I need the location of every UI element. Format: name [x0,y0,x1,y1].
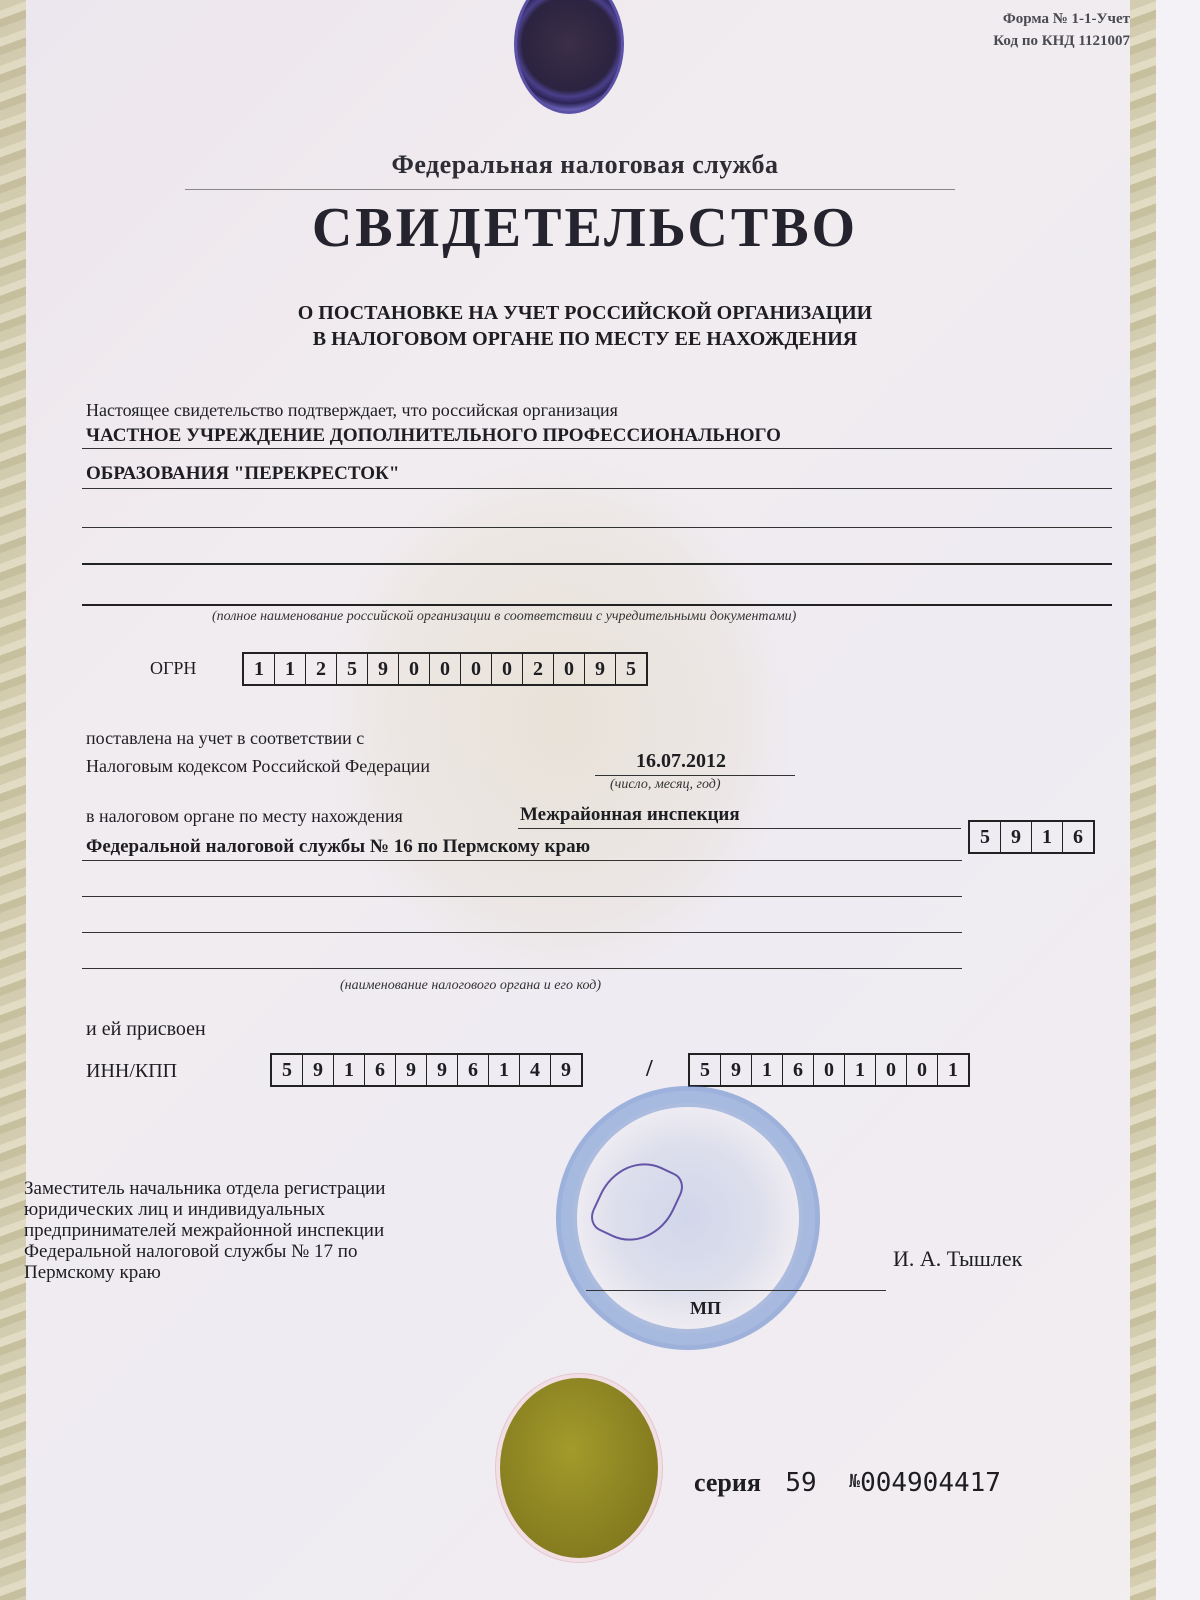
hologram-emblem-icon [514,0,624,114]
form-line [82,968,962,969]
form-line [82,896,962,897]
form-line [82,860,962,861]
tax-code-digit: 5 [970,822,1001,852]
kpp-digit: 1 [752,1055,783,1085]
form-line: Форма № 1-1-Учет [993,8,1130,30]
tax-authority-code-boxes: 5916 [968,820,1095,854]
kpp-digit: 0 [876,1055,907,1085]
agency-name: Федеральная налоговая служба [0,150,1170,180]
position-line: Федеральной налоговой службы № 17 по [24,1241,385,1262]
inn-kpp-separator: / [646,1056,653,1083]
coat-of-arms-watermark [330,460,790,980]
series-number: серия 59 №004904417 [694,1468,1001,1498]
ogrn-digit: 0 [399,654,430,684]
tax-code-digit: 9 [1001,822,1032,852]
inn-digit: 5 [272,1055,303,1085]
number-sign: № [849,1471,860,1492]
inn-kpp-label: ИНН/КПП [86,1060,177,1083]
position-line: юридических лиц и индивидуальных [24,1199,385,1220]
kpp-digit: 1 [845,1055,876,1085]
form-line [82,448,1112,449]
tax-code-digit: 6 [1063,822,1093,852]
organization-name-line1: ЧАСТНОЕ УЧРЕЖДЕНИЕ ДОПОЛНИТЕЛЬНОГО ПРОФЕ… [86,425,781,447]
ogrn-digit: 0 [554,654,585,684]
kpp-digit: 0 [907,1055,938,1085]
inn-digit: 4 [520,1055,551,1085]
ogrn-digit: 0 [492,654,523,684]
document-subtitle: О ПОСТАНОВКЕ НА УЧЕТ РОССИЙСКОЙ ОРГАНИЗА… [0,300,1170,352]
ogrn-digit: 2 [306,654,337,684]
knd-code: Код по КНД 1121007 [993,30,1130,52]
signatory-position: Заместитель начальника отдела регистраци… [24,1178,385,1283]
kpp-digit-boxes: 591601001 [688,1053,970,1087]
tax-authority-name-line1: Межрайонная инспекция [520,804,740,826]
ogrn-digit: 5 [337,654,368,684]
tax-code-digit: 1 [1032,822,1063,852]
kpp-digit: 1 [938,1055,968,1085]
registration-line1: поставлена на учет в соответствии с [86,728,364,749]
ogrn-digit: 2 [523,654,554,684]
signatory-name: И. А. Тышлек [893,1246,1022,1272]
stamp-mark: МП [690,1298,721,1319]
series-value: 59 [785,1468,816,1498]
ogrn-digit: 0 [461,654,492,684]
form-line [518,828,961,829]
ogrn-digit: 5 [616,654,646,684]
document-number: 004904417 [860,1468,1001,1498]
tax-authority-name-line2: Федеральной налоговой службы № 16 по Пер… [86,836,590,858]
ogrn-label: ОГРН [150,658,196,679]
inn-digit: 9 [551,1055,581,1085]
kpp-digit: 9 [721,1055,752,1085]
registration-line2: Налоговым кодексом Российской Федерации [86,756,430,777]
kpp-digit: 6 [783,1055,814,1085]
inn-digit: 9 [427,1055,458,1085]
form-number: Форма № 1-1-Учет Код по КНД 1121007 [993,8,1130,52]
organization-name-line2: ОБРАЗОВАНИЯ "ПЕРЕКРЕСТОК" [86,463,399,485]
organization-caption: (полное наименование российской организа… [212,609,796,625]
form-line [82,604,1112,606]
ogrn-digit-boxes: 1125900002095 [242,652,648,686]
divider [185,189,955,190]
position-line: предпринимателей межрайонной инспекции [24,1220,385,1241]
subtitle-line: О ПОСТАНОВКЕ НА УЧЕТ РОССИЙСКОЙ ОРГАНИЗА… [0,300,1170,326]
inn-digit-boxes: 5916996149 [270,1053,583,1087]
ogrn-digit: 1 [275,654,306,684]
inn-digit: 6 [458,1055,489,1085]
inn-digit: 9 [396,1055,427,1085]
signature-line [586,1290,886,1291]
tax-authority-caption: (наименование налогового органа и его ко… [340,978,601,994]
kpp-digit: 5 [690,1055,721,1085]
inn-digit: 9 [303,1055,334,1085]
subtitle-line: В НАЛОГОВОМ ОРГАНЕ ПО МЕСТУ ЕЕ НАХОЖДЕНИ… [0,326,1170,352]
ogrn-digit: 1 [244,654,275,684]
intro-text: Настоящее свидетельство подтверждает, чт… [86,400,618,421]
position-line: Пермскому краю [24,1262,385,1283]
form-line [595,775,795,776]
kpp-digit: 0 [814,1055,845,1085]
inn-digit: 1 [334,1055,365,1085]
form-line [82,527,1112,528]
form-line [82,932,962,933]
gold-seal-icon [500,1378,658,1558]
tax-authority-prefix: в налоговом органе по месту нахождения [86,806,403,827]
ogrn-digit: 9 [585,654,616,684]
form-line [82,563,1112,565]
inn-digit: 6 [365,1055,396,1085]
inn-digit: 1 [489,1055,520,1085]
date-caption: (число, месяц, год) [610,777,721,793]
ogrn-digit: 9 [368,654,399,684]
registration-date: 16.07.2012 [636,750,726,773]
ogrn-digit: 0 [430,654,461,684]
document-title: СВИДЕТЕЛЬСТВО [0,196,1170,260]
series-label: серия [694,1468,761,1497]
assigned-label: и ей присвоен [86,1018,206,1041]
position-line: Заместитель начальника отдела регистраци… [24,1178,385,1199]
form-line [82,488,1112,489]
